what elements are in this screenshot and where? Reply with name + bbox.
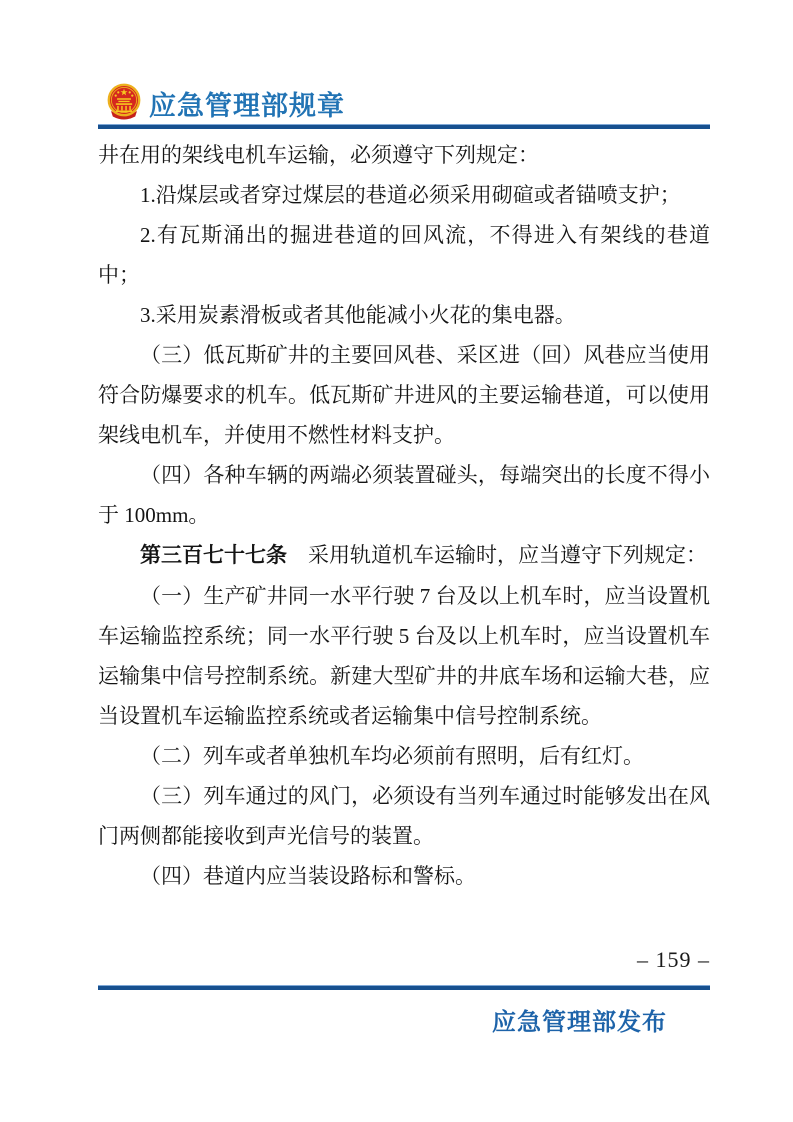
- text-run: （四）巷道内应当装设路标和警标。: [140, 864, 476, 888]
- text-run: 1.沿煤层或者穿过煤层的巷道必须采用砌碹或者锚喷支护；: [140, 183, 681, 207]
- paragraph: （二）列车或者单独机车均必须前有照明，后有红灯。: [98, 736, 710, 776]
- text-run: 3.采用炭素滑板或者其他能减小火花的集电器。: [140, 303, 576, 327]
- page-header: 应急管理部规章: [104, 82, 345, 124]
- text-run: （一）生产矿井同一水平行驶 7 台及以上机车时，应当设置机车运输监控系统；同一水…: [98, 584, 710, 728]
- paragraph: 井在用的架线电机车运输，必须遵守下列规定：: [98, 135, 710, 175]
- header-agency-label: 应急管理部规章: [149, 84, 345, 123]
- paragraph: 2.有瓦斯涌出的掘进巷道的回风流，不得进入有架线的巷道中；: [98, 215, 710, 295]
- document-body: 井在用的架线电机车运输，必须遵守下列规定：1.沿煤层或者穿过煤层的巷道必须采用砌…: [98, 135, 710, 896]
- paragraph: （三）列车通过的风门，必须设有当列车通过时能够发出在风门两侧都能接收到声光信号的…: [98, 776, 710, 856]
- paragraph: 1.沿煤层或者穿过煤层的巷道必须采用砌碹或者锚喷支护；: [98, 175, 710, 215]
- footer-rule: [98, 985, 710, 990]
- document-page: 应急管理部规章 井在用的架线电机车运输，必须遵守下列规定：1.沿煤层或者穿过煤层…: [0, 0, 793, 1122]
- publisher-label: 应急管理部发布: [492, 1002, 667, 1037]
- text-run: （四）各种车辆的两端必须装置碰头，每端突出的长度不得小于 100mm。: [98, 463, 710, 527]
- paragraph: （四）巷道内应当装设路标和警标。: [98, 856, 710, 896]
- text-run: 2.有瓦斯涌出的掘进巷道的回风流，不得进入有架线的巷道中；: [98, 223, 710, 287]
- paragraph: （一）生产矿井同一水平行驶 7 台及以上机车时，应当设置机车运输监控系统；同一水…: [98, 576, 710, 736]
- paragraph: （三）低瓦斯矿井的主要回风巷、采区进（回）风巷应当使用符合防爆要求的机车。低瓦斯…: [98, 335, 710, 455]
- page-number: – 159 –: [98, 947, 710, 973]
- paragraph: 第三百七十七条 采用轨道机车运输时，应当遵守下列规定：: [98, 535, 710, 576]
- text-run: （三）列车通过的风门，必须设有当列车通过时能够发出在风门两侧都能接收到声光信号的…: [98, 784, 710, 848]
- text-run: 采用轨道机车运输时，应当遵守下列规定：: [287, 543, 707, 567]
- text-run: （三）低瓦斯矿井的主要回风巷、采区进（回）风巷应当使用符合防爆要求的机车。低瓦斯…: [98, 343, 710, 447]
- header-rule: [98, 124, 710, 129]
- text-run: 井在用的架线电机车运输，必须遵守下列规定：: [98, 143, 539, 167]
- paragraph: 3.采用炭素滑板或者其他能减小火花的集电器。: [98, 295, 710, 335]
- text-run: （二）列车或者单独机车均必须前有照明，后有红灯。: [140, 744, 644, 768]
- article-number: 第三百七十七条: [140, 544, 287, 567]
- china-national-emblem-icon: [104, 82, 144, 124]
- paragraph: （四）各种车辆的两端必须装置碰头，每端突出的长度不得小于 100mm。: [98, 455, 710, 535]
